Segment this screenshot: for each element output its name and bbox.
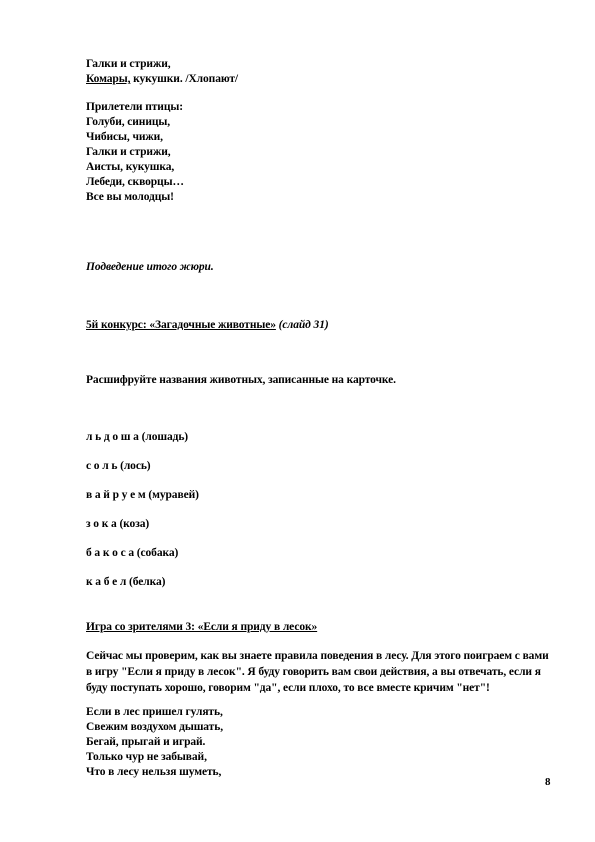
birds-poem-line: Прилетели птицы: [86,100,183,114]
game3-intro: Сейчас мы проверим, как вы знаете правил… [86,648,556,696]
game3-heading: Игра со зрителями 3: «Если я приду в лес… [86,620,317,634]
birds-poem-line: Лебеди, скворцы… [86,175,184,189]
game3-poem-line: Только чур не забывай, [86,750,207,764]
poem-line: Комары, кукушки. /Хлопают/ [86,72,238,86]
puzzle-item: к а б е л (белка) [86,575,165,589]
birds-poem-line: Все вы молодцы! [86,190,174,204]
puzzle-item: с о л ь (лось) [86,459,151,473]
contest5-instruction: Расшифруйте названия животных, записанны… [86,373,396,387]
birds-poem-line: Чибисы, чижи, [86,130,163,144]
birds-poem-line: Аисты, кукушка, [86,160,174,174]
puzzle-item: з о к а (коза) [86,517,149,531]
game3-poem-line: Бегай, прыгай и играй. [86,735,205,749]
underlined-word: Комары, [86,73,130,85]
game3-poem-line: Если в лес пришел гулять, [86,705,223,719]
summary-heading: Подведение итого жюри. [86,260,214,274]
document-page: Галки и стрижи, Комары, кукушки. /Хлопаю… [0,0,595,842]
birds-poem-line: Голуби, синицы, [86,115,170,129]
game3-poem-line: Свежим воздухом дышать, [86,720,223,734]
poem-line-rest: кукушки. /Хлопают/ [130,73,238,85]
birds-poem-line: Галки и стрижи, [86,145,171,159]
poem-line: Галки и стрижи, [86,57,171,71]
puzzle-item: в а й р у е м (муравей) [86,488,199,502]
contest5-title: 5й конкурс: «Загадочные животные» [86,319,276,331]
page-number: 8 [545,776,551,788]
contest5-slide: (слайд 31) [276,319,329,331]
game3-poem-line: Что в лесу нельзя шуметь, [86,765,221,779]
puzzle-item: б а к о с а (собака) [86,546,178,560]
puzzle-item: л ь д о ш а (лошадь) [86,430,188,444]
contest5-heading: 5й конкурс: «Загадочные животные» (слайд… [86,318,329,332]
